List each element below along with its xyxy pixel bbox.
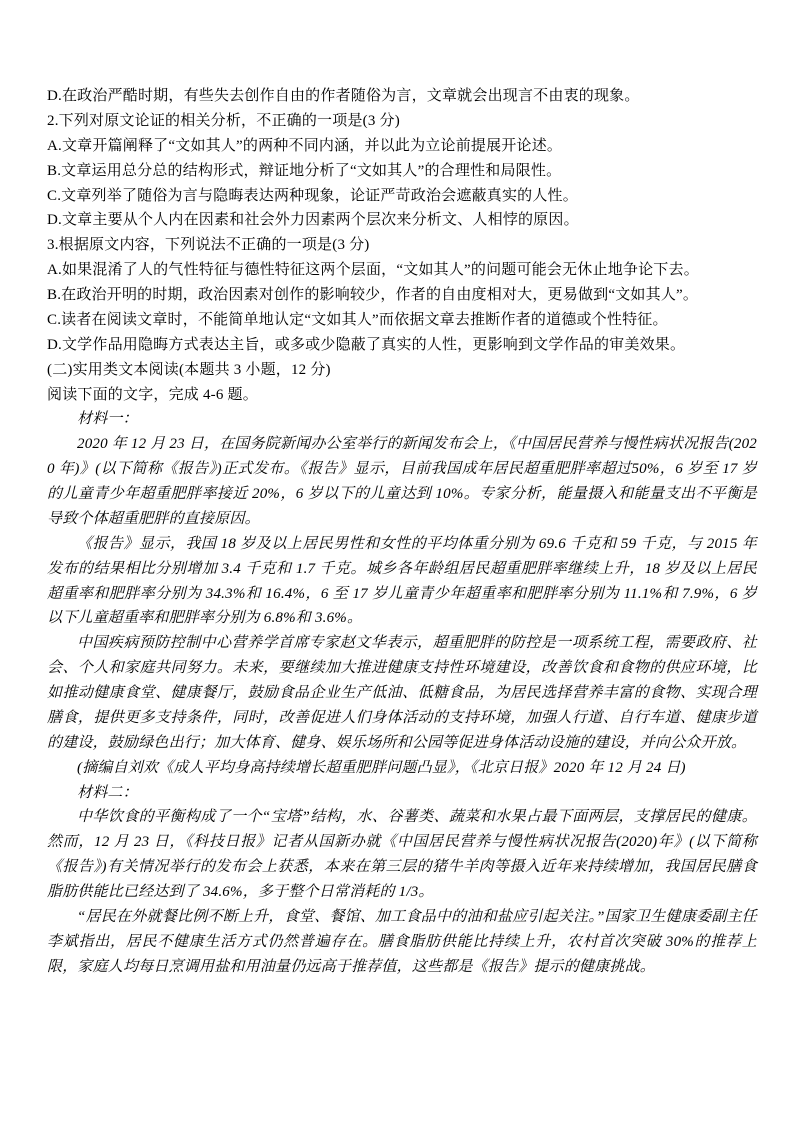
material1-paragraph: 中国疾病预防控制中心营养学首席专家赵文华表示，超重肥胖的防控是一项系统工程，需要…: [47, 631, 757, 755]
material1-label: 材料一：: [47, 407, 757, 432]
material1-paragraph: 《报告》显示，我国 18 岁及以上居民男性和女性的平均体重分别为 69.6 千克…: [47, 532, 757, 632]
question3-option-b: B.在政治开明的时期，政治因素对创作的影响较少，作者的自由度相对大，更易做到“文…: [47, 283, 757, 308]
section2-heading: (二)实用类文本阅读(本题共 3 小题，12 分): [47, 358, 757, 383]
question2-stem: 2.下列对原文论证的相关分析，不正确的一项是(3 分): [47, 109, 757, 134]
material2-paragraph: 中华饮食的平衡构成了一个“宝塔”结构，水、谷薯类、蔬菜和水果占最下面两层，支撑居…: [47, 805, 757, 905]
question3-stem: 3.根据原文内容，下列说法不正确的一项是(3 分): [47, 233, 757, 258]
question1-option-d: D.在政治严酷时期，有些失去创作自由的作者随俗为言，文章就会出现言不由衷的现象。: [47, 84, 757, 109]
question3-option-c: C.读者在阅读文章时，不能简单地认定“文如其人”而依据文章去推断作者的道德或个性…: [47, 308, 757, 333]
material1-source-citation: (摘编自刘欢《成人平均身高持续增长超重肥胖问题凸显》，《北京日报》2020 年 …: [47, 756, 757, 781]
exam-paper-page: D.在政治严酷时期，有些失去创作自由的作者随俗为言，文章就会出现言不由衷的现象。…: [0, 0, 794, 1123]
material1-paragraph: 2020 年 12 月 23 日，在国务院新闻办公室举行的新闻发布会上，《中国居…: [47, 432, 757, 532]
question2-option-d: D.文章主要从个人内在因素和社会外力因素两个层次来分析文、人相悖的原因。: [47, 208, 757, 233]
question3-option-a: A.如果混淆了人的气性特征与德性特征这两个层面，“文如其人”的问题可能会无休止地…: [47, 258, 757, 283]
question2-option-c: C.文章列举了随俗为言与隐晦表达两种现象，论证严苛政治会遮蔽真实的人性。: [47, 184, 757, 209]
document-body: D.在政治严酷时期，有些失去创作自由的作者随俗为言，文章就会出现言不由衷的现象。…: [47, 84, 757, 980]
material2-label: 材料二：: [47, 781, 757, 806]
question2-option-b: B.文章运用总分总的结构形式，辩证地分析了“文如其人”的合理性和局限性。: [47, 159, 757, 184]
question3-option-d: D.文学作品用隐晦方式表达主旨，或多或少隐蔽了真实的人性，更影响到文学作品的审美…: [47, 333, 757, 358]
material2-paragraph: “居民在外就餐比例不断上升，食堂、餐馆、加工食品中的油和盐应引起关注。”国家卫生…: [47, 905, 757, 980]
question2-option-a: A.文章开篇阐释了“文如其人”的两种不同内涵，并以此为立论前提展开论述。: [47, 134, 757, 159]
section2-instruction: 阅读下面的文字，完成 4-6 题。: [47, 383, 757, 408]
